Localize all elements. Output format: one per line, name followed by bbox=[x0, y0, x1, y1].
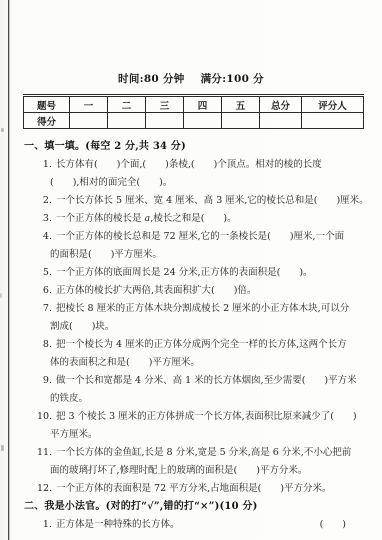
table-score-row-label: 得分 bbox=[24, 113, 70, 129]
question-4-cont: 的面积是( )平方厘米。 bbox=[0, 246, 382, 264]
question-4: 4.一个正方体的棱长总和是 72 厘米,它的一条棱长是( )厘米,一个面 bbox=[0, 228, 382, 246]
question-8-cont: 体的表面积之和是( )平方厘米。 bbox=[0, 354, 382, 372]
table-header-part1: 一 bbox=[70, 96, 108, 113]
question-9: 9.做一个长和宽都是 4 分米、高 1 米的长方体烟囱,至少需要( )平方米 bbox=[0, 372, 382, 390]
question-text: 把棱长 8 厘米的正方体木块分割成棱长 2 厘米的小正方体木块,可以分 bbox=[56, 303, 349, 314]
exam-time-label: 时间:80 分钟 bbox=[118, 73, 185, 85]
question-number: 3. bbox=[37, 210, 52, 228]
question-11: 11.一个长方体的金鱼缸,长是 8 分米,宽是 5 分米,高是 6 分米,不小心… bbox=[0, 444, 382, 462]
question-11-cont: 面的玻璃打坏了,修理时配上的玻璃的面积是( )平方分米。 bbox=[0, 462, 382, 480]
question-text: 一个长方体长 5 厘米、宽 4 厘米、高 3 厘米,它的棱长总和是( )厘米。 bbox=[56, 195, 369, 206]
question-7-cont: 割成( )块。 bbox=[0, 318, 382, 336]
table-header-part4: 四 bbox=[184, 96, 222, 113]
question-2: 2.一个长方体长 5 厘米、宽 4 厘米、高 3 厘米,它的棱长总和是( )厘米… bbox=[0, 192, 382, 210]
table-header-grader: 评分人 bbox=[302, 96, 364, 113]
question-number: 1. bbox=[37, 516, 52, 534]
question-number: 11. bbox=[37, 444, 52, 462]
score-table-score-row: 得分 bbox=[24, 113, 364, 129]
question-1: 1.长方体有( )个面,( )条棱,( )个顶点。相对的棱的长度 bbox=[0, 156, 382, 174]
question-text: 正方体是一种特殊的长方体。 bbox=[56, 519, 180, 530]
question-12: 12.一个正方体的表面积是 72 平方分米,占地面积是( )平方分米。 bbox=[0, 480, 382, 498]
score-cell bbox=[146, 113, 184, 129]
score-cell bbox=[302, 113, 364, 129]
question-text: 正方体的棱长扩大两倍,其表面积扩大( )倍。 bbox=[56, 285, 256, 296]
question-number: 4. bbox=[37, 228, 52, 246]
table-header-part2: 二 bbox=[108, 96, 146, 113]
question-text: 长方体有( )个面,( )条棱,( )个顶点。相对的棱的长度 bbox=[56, 159, 322, 170]
question-8: 8.把一个棱长为 4 厘米的正方体分成两个完全一样的长方体,这两个长方 bbox=[0, 336, 382, 354]
score-cell bbox=[70, 113, 108, 129]
question-text: 一个长方体的金鱼缸,长是 8 分米,宽是 5 分米,高是 6 分米,不小心把前 bbox=[56, 447, 351, 458]
question-number: 5. bbox=[37, 264, 52, 282]
section1-title: 一、填一填。(每空 2 分,共 34 分) bbox=[0, 138, 382, 156]
question-number: 10. bbox=[37, 408, 52, 426]
score-table-header-row: 题号 一 二 三 四 五 总分 评分人 bbox=[24, 96, 364, 113]
exam-body: 一、填一填。(每空 2 分,共 34 分) 1.长方体有( )个面,( )条棱,… bbox=[0, 138, 382, 534]
question-10-cont: 平方厘米。 bbox=[0, 426, 382, 444]
judge-question-1: 1.正方体是一种特殊的长方体。( ) bbox=[0, 516, 382, 534]
question-number: 7. bbox=[37, 300, 52, 318]
question-3: 3.一个正方体的棱长是 a,棱长之和是( )。 bbox=[0, 210, 382, 228]
question-number: 6. bbox=[37, 282, 52, 300]
question-number: 1. bbox=[37, 156, 52, 174]
exam-fullscore-label: 满分:100 分 bbox=[201, 73, 264, 85]
question-7: 7.把棱长 8 厘米的正方体木块分割成棱长 2 厘米的小正方体木块,可以分 bbox=[0, 300, 382, 318]
question-text: 一个正方体的表面积是 72 平方分米,占地面积是( )平方分米。 bbox=[56, 483, 332, 494]
score-cell bbox=[260, 113, 302, 129]
question-text: 一个正方体的棱长总和是 72 厘米,它的一条棱长是( )厘米,一个面 bbox=[56, 231, 344, 242]
question-number: 12. bbox=[37, 480, 52, 498]
answer-blank: ( ) bbox=[320, 516, 346, 534]
question-10: 10.把 3 个棱长 3 厘米的正方体拼成一个长方体,表面积比原来减少了( ) bbox=[0, 408, 382, 426]
score-cell bbox=[108, 113, 146, 129]
table-header-part3: 三 bbox=[146, 96, 184, 113]
table-header-question-no: 题号 bbox=[24, 96, 70, 113]
question-text: 做一个长和宽都是 4 分米、高 1 米的长方体烟囱,至少需要( )平方米 bbox=[56, 375, 357, 386]
question-5: 5.一个正方体的底面周长是 24 分米,正方体的表面积是( )。 bbox=[0, 264, 382, 282]
question-text: 一个正方体的底面周长是 24 分米,正方体的表面积是( )。 bbox=[56, 267, 313, 278]
question-number: 8. bbox=[37, 336, 52, 354]
question-1-cont: ( ),相对的面完全( )。 bbox=[0, 174, 382, 192]
exam-header: 时间:80 分钟满分:100 分 bbox=[0, 71, 382, 86]
score-table: 题号 一 二 三 四 五 总分 评分人 得分 bbox=[23, 94, 364, 129]
question-text: 把一个棱长为 4 厘米的正方体分成两个完全一样的长方体,这两个长方 bbox=[56, 339, 347, 350]
question-text: 把 3 个棱长 3 厘米的正方体拼成一个长方体,表面积比原来减少了( ) bbox=[56, 411, 357, 422]
question-number: 2. bbox=[37, 192, 52, 210]
table-header-part5: 五 bbox=[222, 96, 260, 113]
exam-paper-page: 时间:80 分钟满分:100 分 题号 一 二 三 四 五 总分 评分人 得分 bbox=[0, 0, 382, 540]
question-text: ,棱长之和是( )。 bbox=[150, 213, 236, 224]
question-9-cont: 的铁皮。 bbox=[0, 390, 382, 408]
score-cell bbox=[184, 113, 222, 129]
question-6: 6.正方体的棱长扩大两倍,其表面积扩大( )倍。 bbox=[0, 282, 382, 300]
table-header-total: 总分 bbox=[260, 96, 302, 113]
section2-title: 二、我是小法官。(对的打“√”,错的打“×”)(10 分) bbox=[0, 498, 382, 516]
question-number: 9. bbox=[37, 372, 52, 390]
score-cell bbox=[222, 113, 260, 129]
scan-artifact bbox=[1, 128, 4, 132]
question-text: 一个正方体的棱长是 bbox=[56, 213, 145, 224]
